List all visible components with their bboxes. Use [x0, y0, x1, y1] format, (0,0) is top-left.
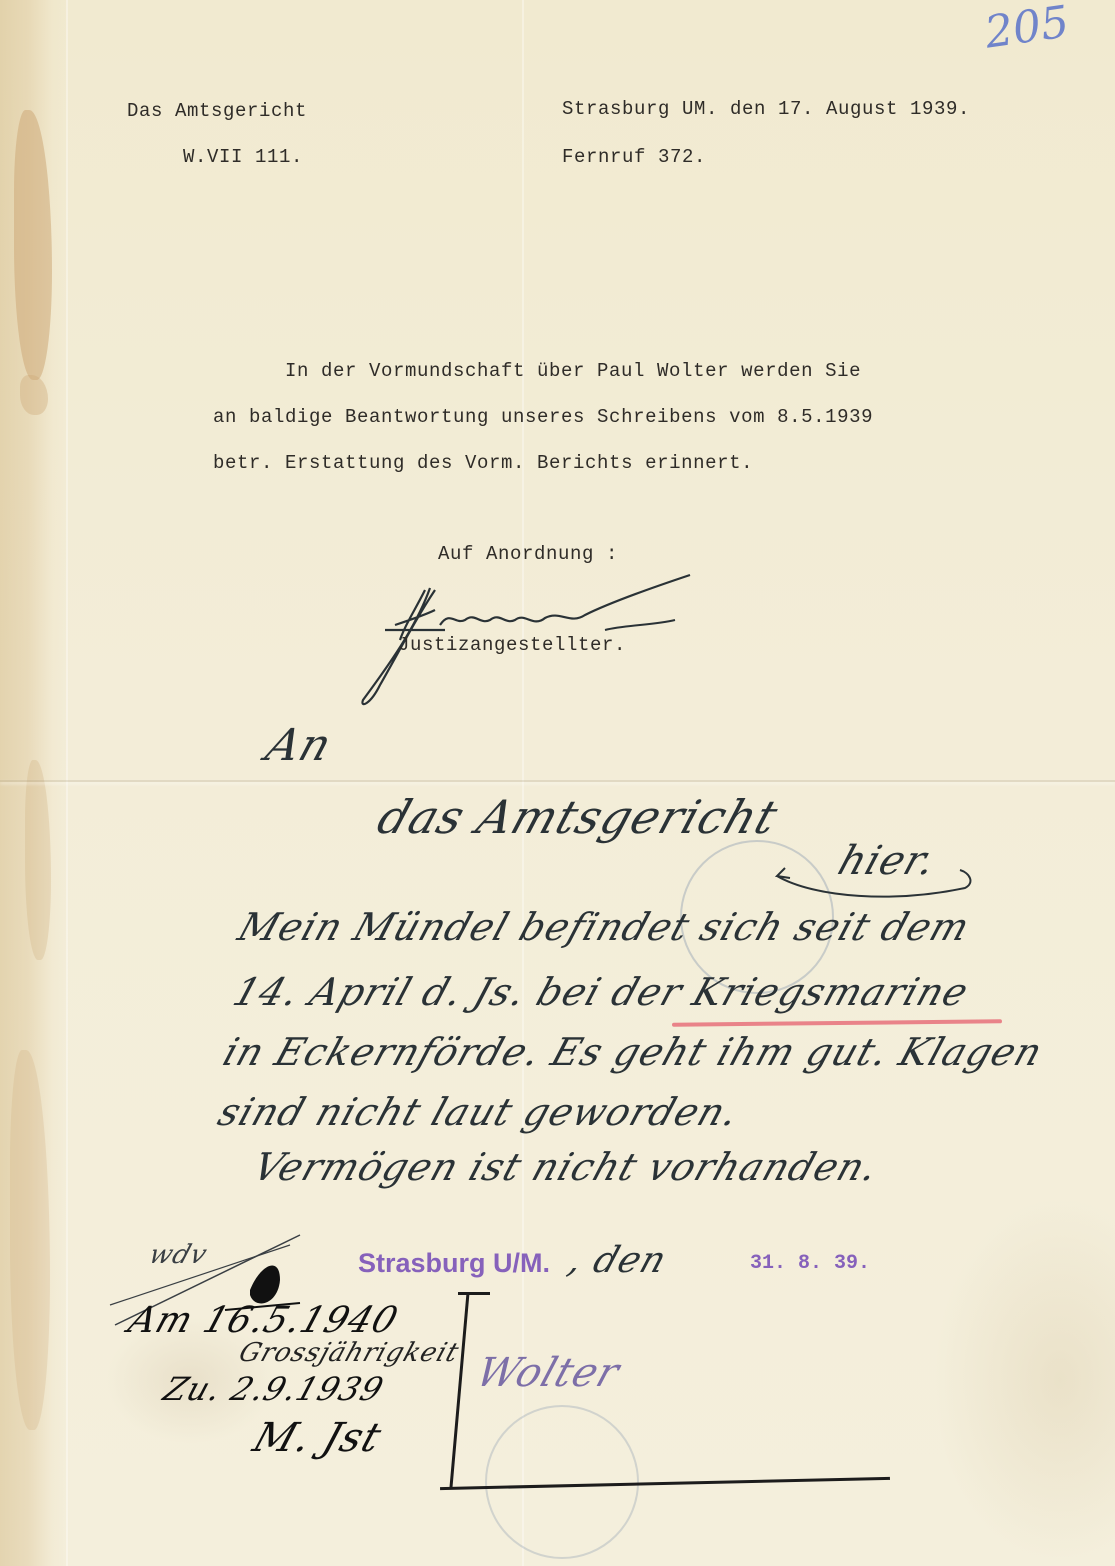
- body-line-1: In der Vormundschaft über Paul Wolter we…: [285, 360, 861, 382]
- sender-court: Das Amtsgericht: [127, 100, 307, 122]
- closing-line: Auf Anordnung :: [438, 543, 618, 565]
- signatory-title: Justizangestellter.: [398, 634, 626, 656]
- place-stamp: Strasburg U/M.: [358, 1248, 550, 1279]
- guardian-signature: Wolter: [471, 1350, 626, 1396]
- reply-recipient: das Amtsgericht: [371, 790, 785, 844]
- curved-underline-icon: [775, 858, 975, 908]
- body-line-3: betr. Erstattung des Vorm. Berichts erin…: [213, 452, 753, 474]
- note-line-1: Am 16.5.1940: [123, 1300, 403, 1341]
- den-word: , den: [563, 1240, 672, 1281]
- fold-line: [0, 780, 1115, 782]
- reply-line-2: 14. April d. Js. bei der Kriegsmarine: [228, 970, 975, 1014]
- file-reference: W.VII 111.: [183, 146, 303, 168]
- fold-line: [66, 0, 68, 1566]
- phone-number: Fernruf 372.: [562, 146, 706, 168]
- embossed-seal: [485, 1405, 639, 1559]
- note-line-4: M. Jst: [248, 1415, 388, 1461]
- note-line-2: Grossjährigkeit: [235, 1338, 463, 1368]
- reply-line-4: sind nicht laut geworden.: [213, 1090, 745, 1134]
- place-date: Strasburg UM. den 17. August 1939.: [562, 98, 970, 120]
- fold-line: [522, 0, 524, 1566]
- reply-line-1: Mein Mündel befindet sich seit dem: [233, 905, 976, 949]
- note-line-3: Zu. 2.9.1939: [159, 1370, 389, 1408]
- reply-line-3: in Eckernförde. Es geht ihm gut. Klagen: [218, 1030, 1049, 1074]
- mark-wdv: wdv: [145, 1240, 211, 1270]
- reply-line-5: Vermögen ist nicht vorhanden.: [248, 1145, 884, 1189]
- body-line-2: an baldige Beantwortung unseres Schreibe…: [213, 406, 873, 428]
- bracket-top: [458, 1292, 490, 1295]
- date-stamp: 31. 8. 39.: [750, 1252, 870, 1275]
